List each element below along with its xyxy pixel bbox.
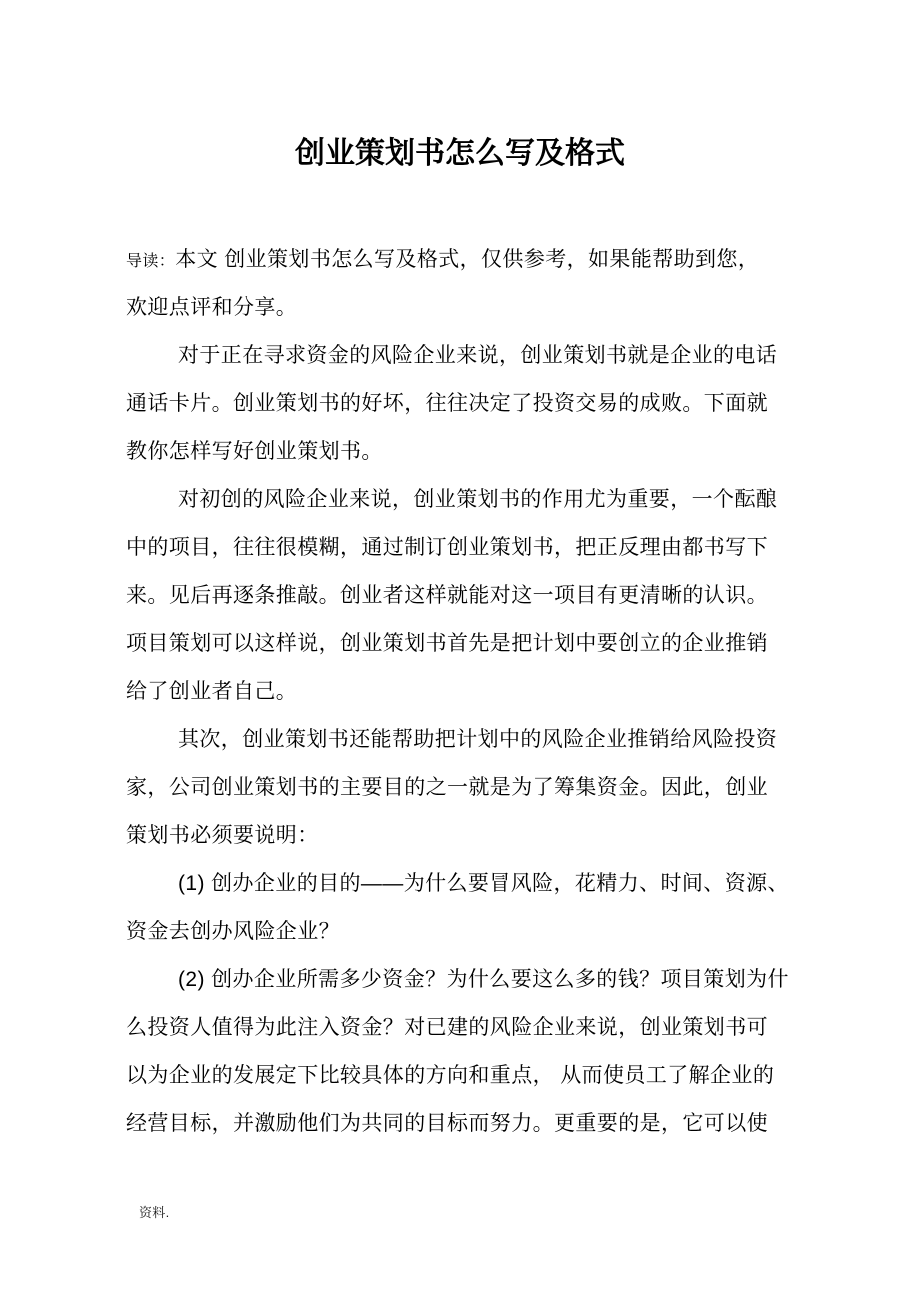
paragraph-line: 家，公司创业策划书的主要目的之一就是为了筹集资金。因此，创业 xyxy=(126,764,796,812)
paragraph-line: 给了创业者自己。 xyxy=(126,668,796,716)
paragraph-line: 对于正在寻求资金的风险企业来说，创业策划书就是企业的电话 xyxy=(126,332,796,380)
paragraph-line: 其次，创业策划书还能帮助把计划中的风险企业推销给风险投资 xyxy=(126,716,796,764)
numbered-item-line: 资金去创办风险企业？ xyxy=(126,908,796,956)
document-body: 导读：本文 创业策划书怎么写及格式，仅供参考，如果能帮助到您， 欢迎点评和分享。… xyxy=(126,236,796,1148)
footer-note: 资料. xyxy=(139,1204,170,1222)
intro-line-1-text: 本文 创业策划书怎么写及格式，仅供参考，如果能帮助到您， xyxy=(175,248,759,271)
intro-line-2: 欢迎点评和分享。 xyxy=(126,284,796,332)
intro-lead-label: 导读： xyxy=(126,253,175,270)
paragraph-line: 策划书必须要说明： xyxy=(126,812,796,860)
paragraph-line: 来。见后再逐条推敲。创业者这样就能对这一项目有更清晰的认识。 xyxy=(126,572,796,620)
numbered-item-line: (2) 创办企业所需多少资金？为什么要这么多的钱？项目策划为什 xyxy=(126,956,796,1004)
paragraph-line: 通话卡片。创业策划书的好坏，往往决定了投资交易的成败。下面就 xyxy=(126,380,796,428)
numbered-item-line: (1) 创办企业的目的——为什么要冒风险，花精力、时间、资源、 xyxy=(126,860,796,908)
document-page: 创业策划书怎么写及格式 导读：本文 创业策划书怎么写及格式，仅供参考，如果能帮助… xyxy=(0,0,920,1303)
paragraph-line: 中的项目，往往很模糊，通过制订创业策划书，把正反理由都书写下 xyxy=(126,524,796,572)
page-title: 创业策划书怎么写及格式 xyxy=(0,133,920,175)
numbered-item-line: 经营目标，并激励他们为共同的目标而努力。更重要的是，它可以使 xyxy=(126,1100,796,1148)
paragraph-line: 项目策划可以这样说，创业策划书首先是把计划中要创立的企业推销 xyxy=(126,620,796,668)
paragraph-line: 对初创的风险企业来说，创业策划书的作用尤为重要，一个酝酿 xyxy=(126,476,796,524)
numbered-item-line: 以为企业的发展定下比较具体的方向和重点， 从而使员工了解企业的 xyxy=(126,1052,796,1100)
paragraph-line: 教你怎样写好创业策划书。 xyxy=(126,428,796,476)
intro-line-1: 导读：本文 创业策划书怎么写及格式，仅供参考，如果能帮助到您， xyxy=(126,236,796,284)
numbered-item-line: 么投资人值得为此注入资金？对已建的风险企业来说，创业策划书可 xyxy=(126,1004,796,1052)
